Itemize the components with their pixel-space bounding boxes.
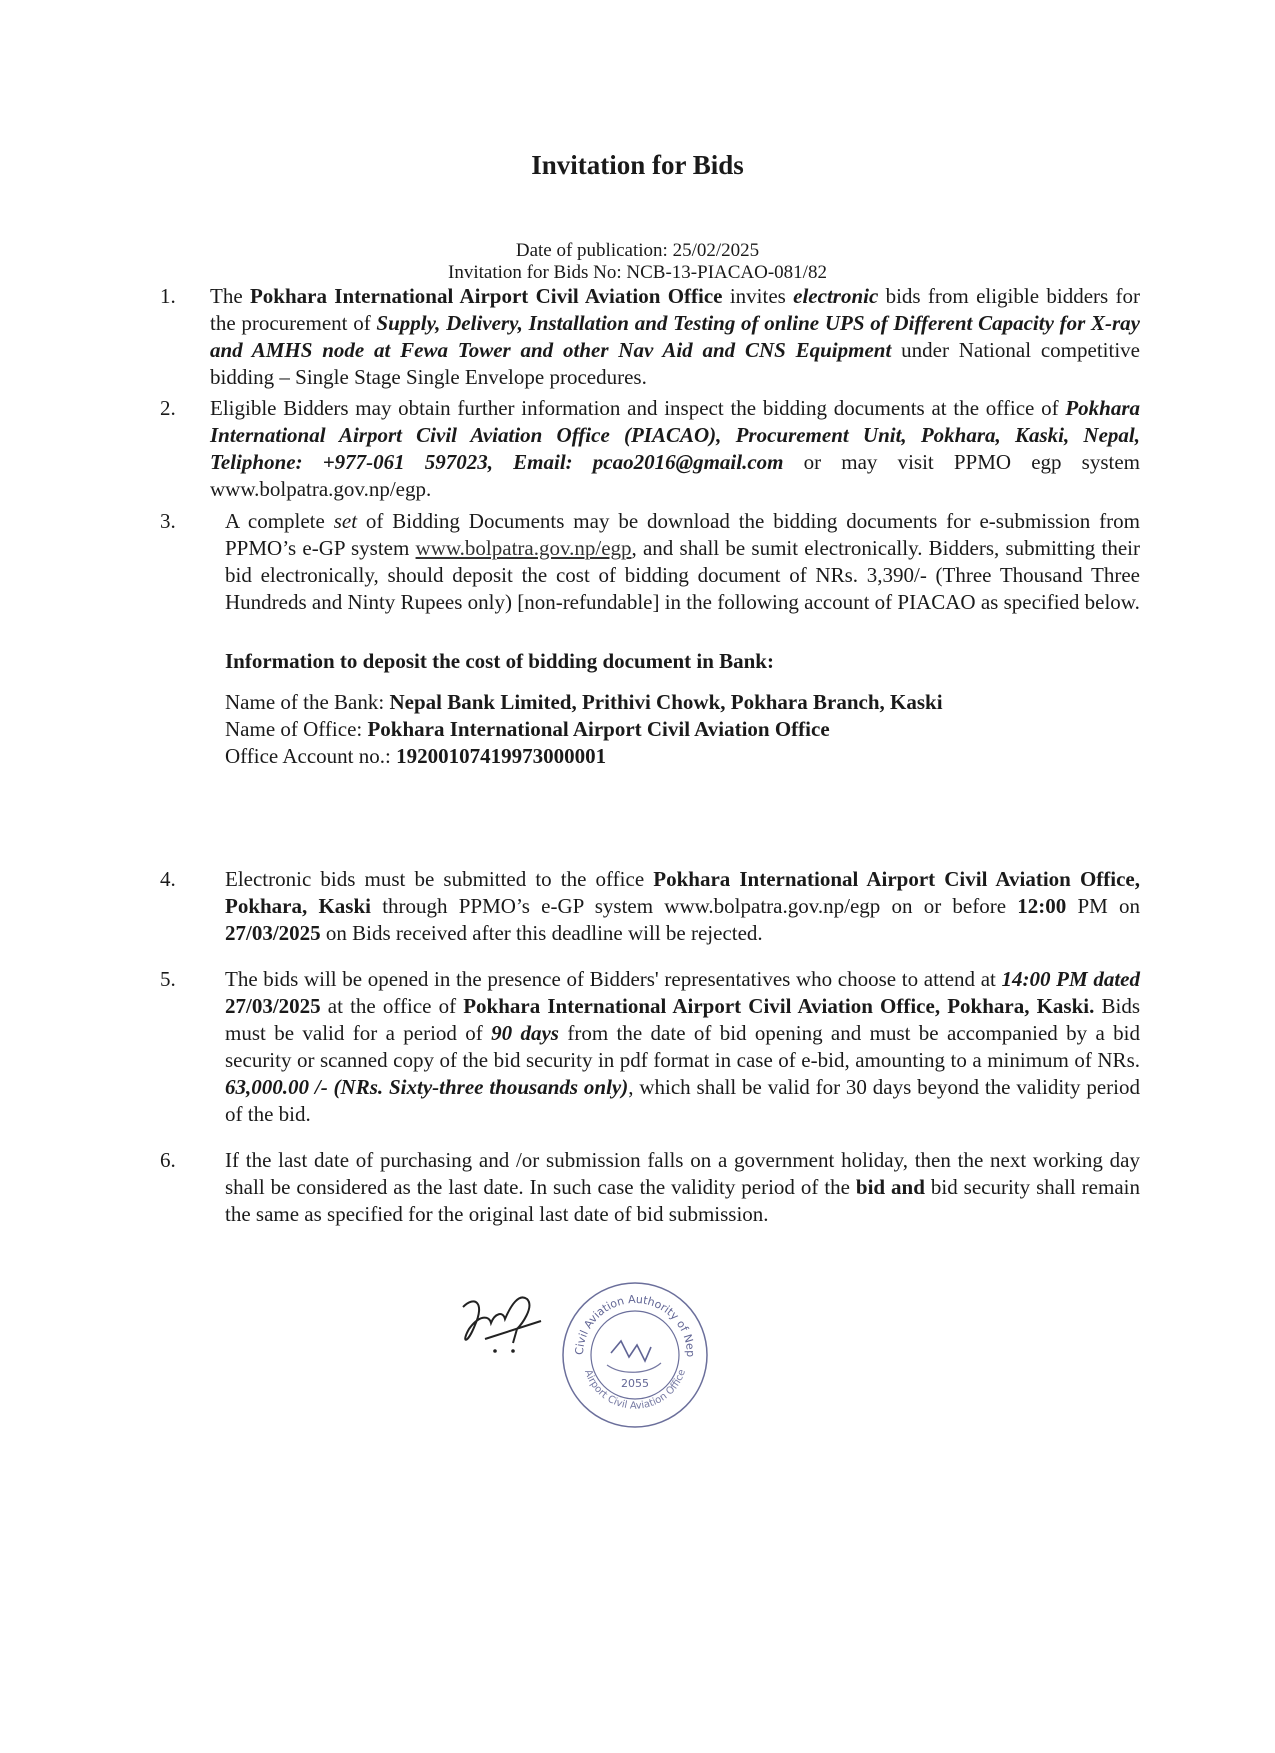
clause-text: The bids will be opened in the presence … [225, 966, 1140, 1128]
clause-6: 6. If the last date of purchasing and /o… [160, 1147, 1140, 1228]
bank-row-office: Name of Office: Pokhara International Ai… [225, 716, 1125, 743]
clause-text: If the last date of purchasing and /or s… [225, 1147, 1140, 1228]
text-segment: A complete [225, 509, 334, 533]
text-segment: 12:00 [1017, 894, 1066, 918]
document-title: Invitation for Bids [0, 150, 1275, 181]
text-segment: at the office of [321, 994, 464, 1018]
ifb-number: Invitation for Bids No: NCB-13-PIACAO-08… [0, 262, 1275, 284]
text-segment: 63,000.00 /- (NRs. Sixty-three thousands… [225, 1075, 628, 1099]
bank-info-heading: Information to deposit the cost of biddi… [225, 648, 1125, 675]
text-segment: invites [723, 284, 794, 308]
clause-4: 4. Electronic bids must be submitted to … [160, 866, 1140, 947]
clause-number: 5. [160, 966, 176, 993]
text-segment: bid and [856, 1175, 925, 1199]
document-meta: Date of publication: 25/02/2025 Invitati… [0, 240, 1275, 284]
clause-number: 3. [160, 508, 176, 535]
clause-3: 3. A complete set of Bidding Documents m… [160, 508, 1140, 616]
clause-number: 4. [160, 866, 176, 893]
stamp-year: 2055 [621, 1377, 649, 1390]
svg-text:Civil Aviation Authority of Ne: Civil Aviation Authority of Nepal [555, 1275, 697, 1357]
bank-row-account: Office Account no.: 19200107419973000001 [225, 743, 1125, 770]
text-segment: www.bolpatra.gov.np/egp [416, 536, 632, 560]
clause-number: 1. [160, 283, 176, 310]
clause-number: 6. [160, 1147, 176, 1174]
text-segment: 90 days [491, 1021, 559, 1045]
clause-text: A complete set of Bidding Documents may … [225, 508, 1140, 616]
office-stamp: Civil Aviation Authority of Nepal Airpor… [555, 1275, 715, 1435]
text-segment: PM on [1066, 894, 1140, 918]
text-segment: electronic [793, 284, 878, 308]
text-segment: 27/03/2025 [225, 921, 321, 945]
text-segment: set [334, 509, 357, 533]
text-segment: The bids will be opened in the presence … [225, 967, 1002, 991]
text-segment: on Bids received after this deadline wil… [321, 921, 763, 945]
clause-text: Electronic bids must be submitted to the… [225, 866, 1140, 947]
clause-number: 2. [160, 395, 176, 422]
text-segment: through PPMO’s e-GP system www.bolpatra.… [371, 894, 1017, 918]
text-segment: The [210, 284, 250, 308]
text-segment: 27/03/2025 [225, 994, 321, 1018]
stamp-top-text: Civil Aviation Authority of Nepal [555, 1275, 697, 1357]
clause-text: Eligible Bidders may obtain further info… [210, 395, 1140, 503]
text-segment: Electronic bids must be submitted to the… [225, 867, 653, 891]
bank-row-name: Name of the Bank: Nepal Bank Limited, Pr… [225, 689, 1125, 716]
clause-5: 5. The bids will be opened in the presen… [160, 966, 1140, 1128]
text-segment: Eligible Bidders may obtain further info… [210, 396, 1065, 420]
clause-1: 1. The Pokhara International Airport Civ… [160, 283, 1140, 391]
text-segment: Pokhara International Airport Civil Avia… [250, 284, 723, 308]
text-segment: 14:00 PM dated [1002, 967, 1140, 991]
bank-info: Information to deposit the cost of biddi… [225, 648, 1125, 770]
clause-2: 2. Eligible Bidders may obtain further i… [160, 395, 1140, 503]
text-segment: Pokhara International Airport Civil Avia… [463, 994, 1094, 1018]
publication-date: Date of publication: 25/02/2025 [0, 240, 1275, 262]
clause-text: The Pokhara International Airport Civil … [210, 283, 1140, 391]
